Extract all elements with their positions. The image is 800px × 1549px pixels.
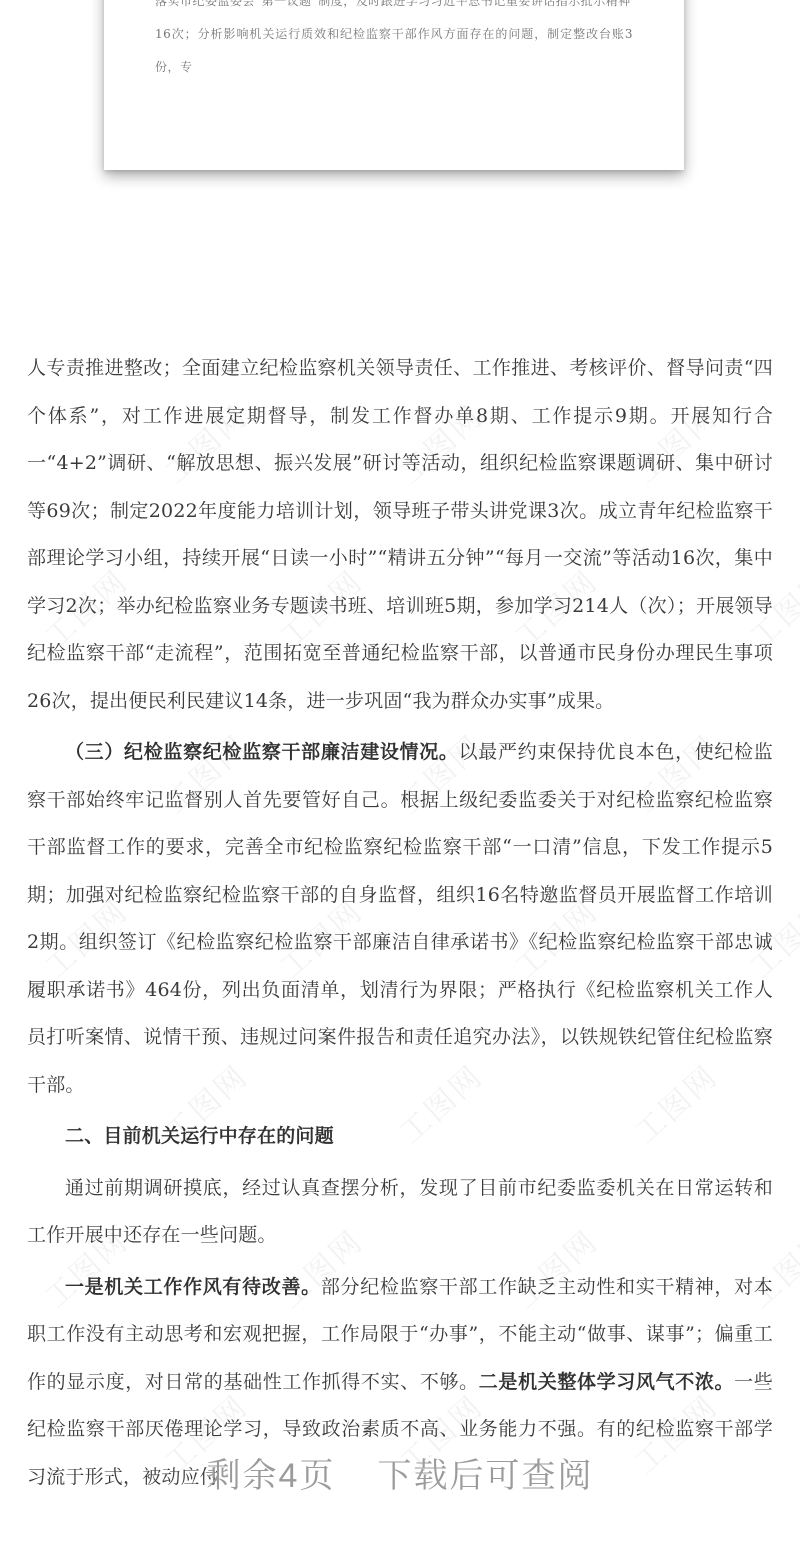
page-preview-card: 落实市纪委监委会“第一议题”制度，及时跟进学习习近平总书记重要讲话指示批示精神 … (104, 0, 684, 170)
paragraph-run: 通过前期调研摸底，经过认真查摆分析，发现了目前市纪委监委机关在日常运转和工作开展… (27, 1177, 773, 1247)
paragraph-run-bold: （三）纪检监察纪检监察干部廉洁建设情况。 (65, 741, 459, 763)
paragraph: （三）纪检监察纪检监察干部廉洁建设情况。以最严约束保持优良本色，使纪检监察干部始… (27, 729, 773, 1109)
remaining-pages-label: 剩余4页 (207, 1457, 336, 1495)
heading-text: 二、目前机关运行中存在的问题 (65, 1125, 334, 1147)
paragraph-run: 以最严约束保持优良本色，使纪检监察干部始终牢记监督别人首先要管好自己。根据上级纪… (27, 741, 773, 1096)
document-page: { "colors": { "body_text": "#3a3a3a", "c… (0, 0, 800, 1549)
preview-page-text: 落实市纪委监委会“第一议题”制度，及时跟进学习习近平总书记重要讲话指示批示精神 … (104, 0, 684, 84)
paragraph: 通过前期调研摸底，经过认真查摆分析，发现了目前市纪委监委机关在日常运转和工作开展… (27, 1165, 773, 1260)
download-hint-label: 下载后可查阅 (377, 1457, 593, 1495)
preview-line-clipped: 落实市纪委监委会“第一议题”制度，及时跟进学习习近平总书记重要讲话指示批示精神 (155, 0, 633, 18)
paragraph-run-bold: 一是机关工作作风有待改善。 (65, 1276, 321, 1298)
document-text: 人专责推进整改；全面建立纪检监察机关领导责任、工作推进、考核评价、督导问责“四个… (27, 345, 773, 1505)
section-heading: 二、目前机关运行中存在的问题 (27, 1113, 773, 1161)
preview-line: 16次；分析影响机关运行质效和纪检监察干部作风方面存在的问题，制定整改台账3份，… (155, 18, 633, 84)
footer-notice: 剩余4页下载后可查阅 (0, 1448, 800, 1497)
paragraph-run: 人专责推进整改；全面建立纪检监察机关领导责任、工作推进、考核评价、督导问责“四个… (27, 357, 773, 712)
paragraph-run-bold: 二是机关整体学习风气不浓。 (479, 1371, 734, 1393)
paragraph: 人专责推进整改；全面建立纪检监察机关领导责任、工作推进、考核评价、督导问责“四个… (27, 345, 773, 725)
